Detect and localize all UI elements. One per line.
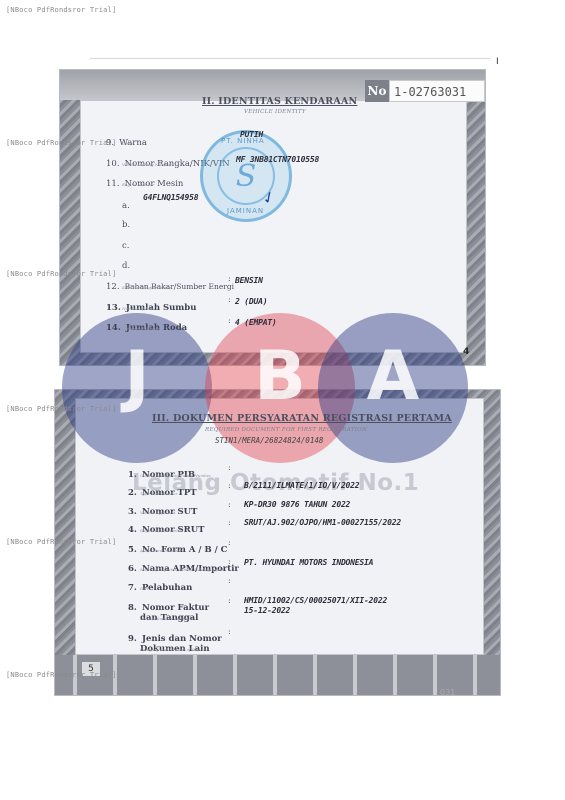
field-engine-d: d. (122, 253, 130, 272)
field-value-srut: SRUT/AJ.902/OJPO/HM1-00027155/2022 (244, 518, 401, 527)
field-value-invoice-number: HMID/11002/CS/00025071/XII-2022 (244, 596, 387, 605)
field-pelabuhan: 7. Pelabuhan (128, 575, 192, 594)
field-sublabel: Category and Number of Other (140, 647, 204, 652)
field-nomor-sut: 3. Nomor SUT (128, 499, 197, 518)
colon-separator: : (228, 627, 231, 636)
section-2-subtitle: VEHICLE IDENTITY (244, 109, 306, 115)
field-value-engine-number: G4FLNQ154958 (143, 193, 198, 202)
stamp-logo-icon: S (203, 159, 289, 194)
field-nomor-srut: 4. Nomor SRUT (128, 517, 204, 536)
field-engine-a: a. (122, 193, 130, 212)
field-sublabel: Engine Number (122, 182, 154, 187)
field-sublabel: Vehicle Identity Number (122, 162, 172, 167)
field-sublabel: Port (140, 586, 148, 591)
field-value-axles: 2 (DUA) (235, 297, 267, 306)
field-value-tpt: B/2111/ILMATE/1/IO/V/2022 (244, 481, 359, 490)
field-value-invoice-date: 15-12-2022 (244, 606, 290, 615)
field-value-apm: PT. HYUNDAI MOTORS INDONESIA (244, 558, 373, 567)
field-value-vin: MF 3NB81CTN7010558 (236, 155, 319, 164)
scan-artifact-line (90, 58, 490, 59)
field-number: 5. (128, 545, 137, 555)
field-number: 12. (106, 282, 120, 292)
field-number: c. (122, 241, 129, 251)
colon-separator: : (228, 500, 231, 509)
field-sublabel: Number of Axis (122, 306, 154, 311)
registration-code: STIN1/MERA/26824824/0148 (215, 436, 323, 445)
colon-separator: : (228, 557, 231, 566)
field-value-warna: PUTIH (240, 130, 263, 139)
colon-separator: : (228, 316, 231, 325)
field-number: 8. (128, 603, 137, 613)
field-bahan-bakar: 12. Bahan Bakar/Sumber Energi (106, 274, 234, 293)
field-form-abc: 5. No. Form A / B / C (128, 537, 227, 556)
field-label: Pelabuhan (142, 583, 192, 593)
trial-watermark-tag: [NBoco PdfRondsror Trial] (6, 671, 116, 679)
field-engine-b: b. (122, 212, 130, 231)
document-number-label: No (365, 80, 389, 102)
field-sublabel: Vehicle Type Test (140, 510, 175, 515)
jba-letter: A (318, 337, 468, 416)
field-number: 10. (106, 159, 120, 169)
field-number: 14. (106, 323, 121, 333)
colon-separator: : (228, 538, 231, 547)
jba-logo-circle-j: J (62, 313, 212, 463)
page-number-4: 4 (463, 347, 469, 357)
field-number: 6. (128, 564, 137, 574)
guilloche-band (55, 655, 500, 695)
page-mark: I (496, 57, 499, 67)
colon-separator: : (228, 295, 231, 304)
section-3-title: III. DOKUMEN PERSYARATAN REGISTRASI PERT… (152, 413, 452, 424)
field-number: 7. (128, 583, 137, 593)
field-tanggal-label: dan Tanggal (140, 605, 198, 624)
colon-separator: : (228, 518, 231, 527)
trial-watermark-tag: [NBoco PdfRondsror Trial] (6, 405, 116, 413)
field-sublabel: Color (122, 141, 133, 146)
field-number: 9. (128, 634, 137, 644)
field-sublabel: Registration Number (140, 528, 183, 533)
field-jumlah-roda: 14. Jumlah Roda (106, 315, 187, 334)
document-number-value: 1-02763031 (389, 80, 485, 102)
field-sublabel: Kind Fuel/Engine Power (122, 285, 171, 290)
field-value-sut: KP-DR30 9876 TAHUN 2022 (244, 500, 350, 509)
field-number: a. (122, 201, 130, 211)
field-value-wheels: 4 (EMPAT) (235, 318, 277, 327)
section-2-title: II. IDENTITAS KENDARAAN (202, 96, 357, 107)
jba-logo-circle-a: A (318, 313, 468, 463)
field-number: 3. (128, 507, 137, 517)
field-dokumen-lain-label2: Dokumen Lain (140, 636, 210, 655)
field-jumlah-sumbu: 13. Jumlah Sumbu (106, 295, 196, 314)
section-3-subtitle: REQUIRED DOCUMENT FOR FIRST REGISTRATION (205, 427, 367, 433)
field-engine-c: c. (122, 233, 129, 252)
field-number: 4. (128, 525, 137, 535)
trial-watermark-tag: [NBoco PdfRondsror Trial] (6, 139, 116, 147)
field-number: d. (122, 261, 130, 271)
field-nomor-mesin: 11. Nomor Mesin (106, 171, 183, 190)
stamp-bottom-text: JAMINAN (227, 207, 264, 215)
trial-watermark-tag: [NBoco PdfRondsror Trial] (6, 538, 116, 546)
colon-separator: : (228, 274, 231, 283)
field-sublabel: A/B/C Form Number (140, 548, 182, 553)
trial-watermark-tag: [NBoco PdfRondsror Trial] (6, 270, 116, 278)
field-number: 13. (106, 303, 121, 313)
field-sublabel: Number of Wheels (122, 326, 160, 331)
colon-separator: : (228, 576, 231, 585)
field-number: b. (122, 220, 130, 230)
field-nama-apm: 6. Nama APM/Importir (128, 556, 239, 575)
trial-watermark-tag: [NBoco PdfRondsror Trial] (6, 6, 116, 14)
field-sublabel: Name of Importer / Brand Holding Agent (140, 567, 224, 572)
company-stamp: PT. NINHA S JAMINAN (200, 130, 292, 222)
field-value-fuel: BENSIN (235, 276, 263, 285)
footer-mark: 031 (440, 688, 455, 697)
field-sublabel: Invoice Number and Date (140, 616, 192, 621)
field-number: 11. (106, 179, 120, 189)
colon-separator: : (228, 596, 231, 605)
